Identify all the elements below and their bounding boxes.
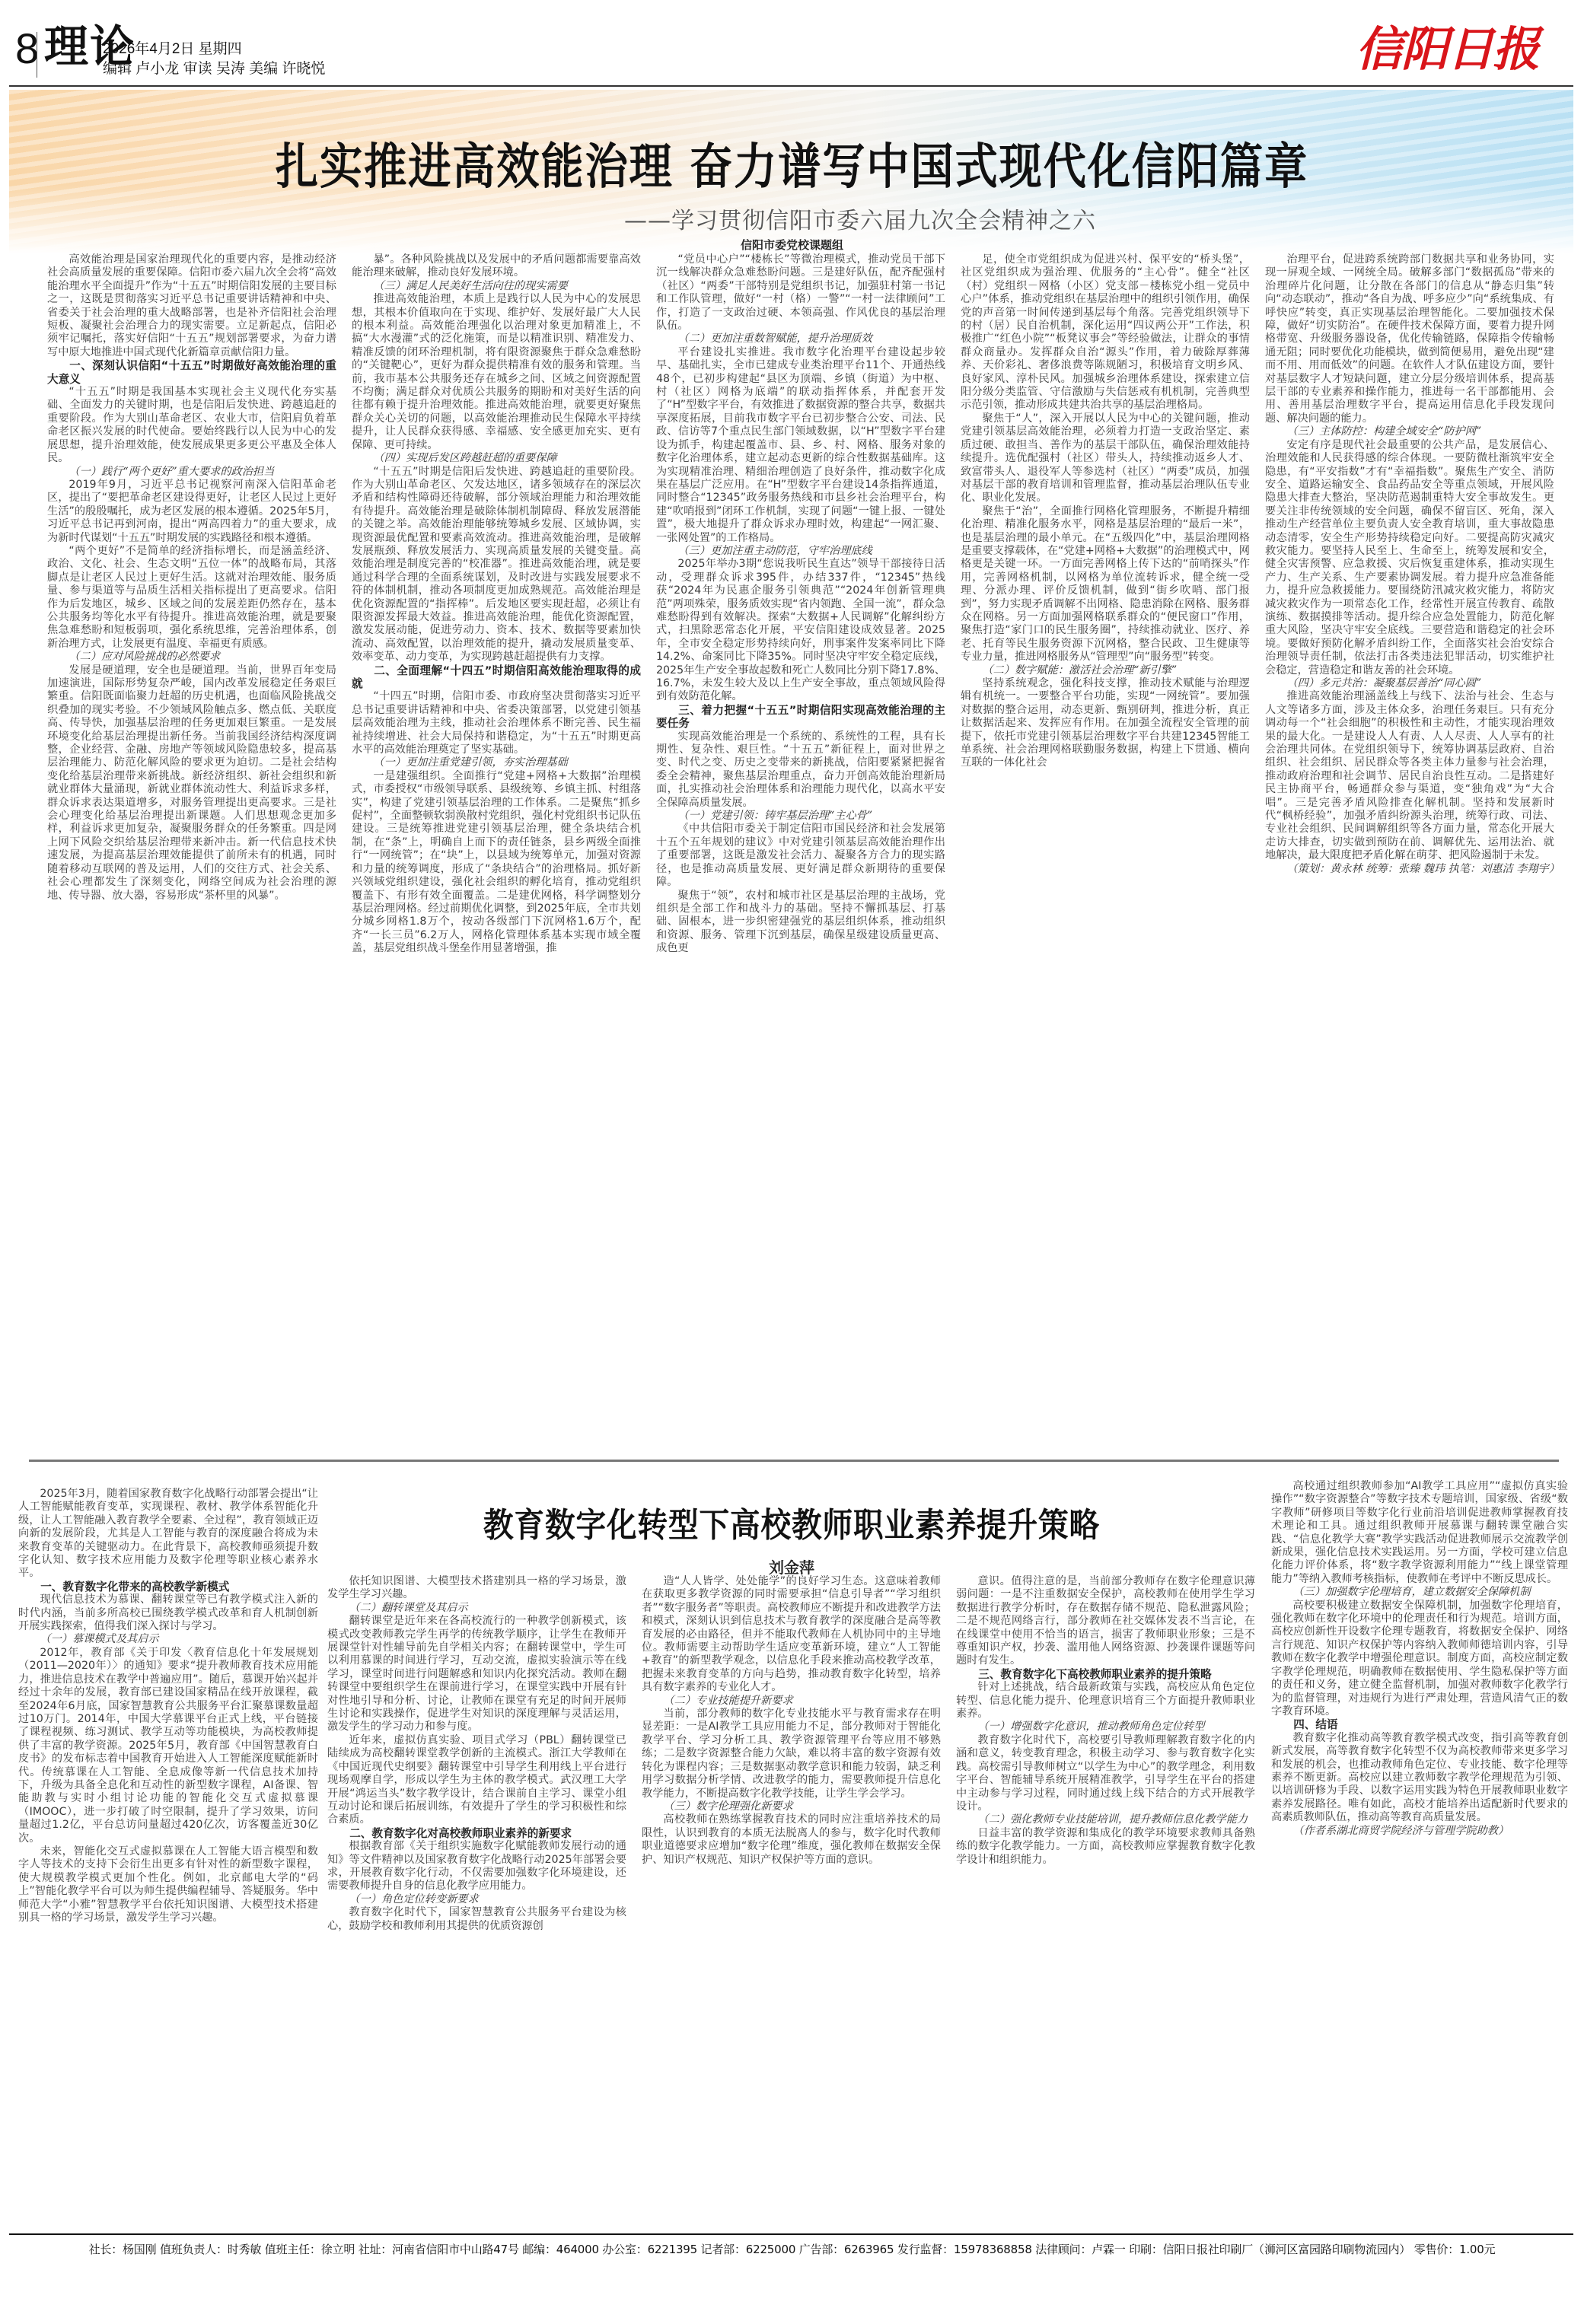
subsection-heading: （三）更加注重主动防范，守牢治理底线 (656, 545, 945, 558)
page-number: 8 (15, 27, 39, 70)
subsection-heading: （二）翻转课堂及其启示 (327, 1602, 626, 1615)
masthead-rule (9, 85, 1573, 87)
masthead-divider (37, 32, 37, 78)
paragraph: 造“人人皆学、处处能学”的良好学习生态。这意味着教师在获取更多教学资源的同时需要… (642, 1575, 941, 1695)
paragraph: 足，使全市党组织成为促进兴村、保平安的“桥头堡”，社区党组织成为强治理、优服务的… (961, 253, 1250, 412)
paragraph: 高校要积极建立数据安全保障机制，加强数字伦理培育，强化教师在数字化环境中的伦理责… (1271, 1600, 1568, 1719)
paragraph: 2025年3月，随着国家教育数字化战略行动部署会提出“让人工智能赋能教育变革，实… (18, 1488, 318, 1581)
paragraph: 2025年举办3期“您说我听民生直达”领导干部接待日活动，受理群众诉求395件，… (656, 558, 945, 703)
paragraph: 根据教育部《关于组织实施数字化赋能教师发展行动的通知》等文件精神以及国家教育数字… (327, 1840, 626, 1893)
paragraph: 《中共信阳市委关于制定信阳市国民经济和社会发展第十五个五年规划的建议》中对党建引… (656, 823, 945, 889)
paragraph: 教育数字化推动高等教育教学模式改变，指引高等教育创新式发展，高等教育数字化转型不… (1271, 1732, 1568, 1825)
paragraph: 聚焦于“人”，深入开展以人民为中心的关键问题，推动党建引领基层高效能治理，必须着… (961, 412, 1250, 505)
section-heading: 四、结语 (1271, 1718, 1568, 1731)
issue-date: 2026年4月2日 星期四 (103, 40, 325, 59)
paragraph: 坚持系统观念，强化科技支撑，推动技术赋能与治理逻辑有机统一。一要整合平台功能，实… (961, 677, 1250, 770)
paragraph: 教育数字化时代下，高校要引导教师理解教育数字化的内涵和意义，转变教育理念，积极主… (956, 1734, 1255, 1813)
paragraph: 高校教师在熟练掌握教育技术的同时应注重培养技术的局限性，认识到教育的本质无法脱离… (642, 1813, 941, 1867)
subsection-heading: （一）慕课模式及其启示 (18, 1633, 318, 1646)
section-heading: 一、教育数字化带来的高校教学新模式 (18, 1581, 318, 1593)
subsection-heading: （四）实现后发区跨越赶超的重要保障 (352, 452, 641, 465)
article-credit: （作者系湖北商贸学院经济与管理学院助教） (1271, 1825, 1568, 1838)
article2-mid-body: 依托知识图谱、大模型技术搭建别具一格的学习场景，激发学生学习兴趣。（二）翻转课堂… (320, 1575, 1264, 2214)
article-credit: （策划：黄永林 统筹：张臻 魏玮 执笔：刘惠洁 李翔宇） (1265, 863, 1554, 876)
paragraph: 高校通过组织教师参加“AI教学工具应用”“虚拟仿真实验操作”“数字资源整合”等数… (1271, 1480, 1568, 1586)
article2-column: 意识。值得注意的是，当前部分教师存在数字伦理意识薄弱问题：一是不注重数据安全保护… (948, 1575, 1263, 2214)
article1-column: “党员中心户”“楼栋长”等微治理模式，推动党员干部下沉一线解决群众急难愁盼问题。… (649, 253, 953, 1418)
paragraph: 教育数字化时代下，国家智慧教育公共服务平台建设为核心，鼓励学校和教师利用其提供的… (327, 1906, 626, 1933)
section-heading: 二、教育数字化对高校教师职业素养的新要求 (327, 1827, 626, 1840)
paragraph: “党员中心户”“楼栋长”等微治理模式，推动党员干部下沉一线解决群众急难愁盼问题。… (656, 253, 945, 333)
subsection-heading: （二）应对风险挑战的必然要求 (47, 651, 336, 664)
issue-meta: 2026年4月2日 星期四 编辑 卢小龙 审读 吴涛 美编 许晓悦 (103, 40, 325, 79)
article1-body: 高效能治理是国家治理现代化的重要内容，是推动经济社会高质量发展的重要保障。信阳市… (40, 253, 1562, 1418)
paragraph: 2012年，教育部《关于印发〈教育信息化十年发展规划（2011—2020年）〉的… (18, 1647, 318, 1845)
paragraph: 推进高效能治理涵盖线上与线下、法治与社会、生态与人文等诸多方面，涉及主体众多，治… (1265, 690, 1554, 862)
article2-right-body: 高校通过组织教师参加“AI教学工具应用”“虚拟仿真实验操作”“数字资源整合”等数… (1264, 1480, 1576, 2214)
masthead: 8 理论 2026年4月2日 星期四 编辑 卢小龙 审读 吴涛 美编 许晓悦 信… (0, 0, 1584, 87)
article2-column: 高校通过组织教师参加“AI教学工具应用”“虚拟仿真实验操作”“数字资源整合”等数… (1264, 1480, 1576, 2214)
paragraph: 发展是硬道理，安全也是硬道理。当前，世界百年变局加速演进，国际形势复杂严峻，国内… (47, 664, 336, 903)
subsection-heading: （二）更加注重数智赋能，提升治理质效 (656, 333, 945, 345)
section-heading: 一、深刻认识信阳“十五五”时期做好高效能治理的重大意义 (47, 359, 336, 386)
paragraph: 日益丰富的教学资源和集成化的教学环境要求教师具备熟练的数字化教学能力。一方面，高… (956, 1827, 1255, 1867)
paragraph: “十五五”时期是我国基本实现社会主义现代化夯实基础、全面发力的关键时期，也是信阳… (47, 386, 336, 465)
paragraph: 未来，智能化交互式虚拟慕课在人工智能大语言模型和数字人等技术的支持下会衍生出更多… (18, 1845, 318, 1924)
article1-column: 高效能治理是国家治理现代化的重要内容，是推动经济社会高质量发展的重要保障。信阳市… (40, 253, 344, 1418)
subsection-heading: （三）数字伦理强化新要求 (642, 1800, 941, 1813)
subsection-heading: （一）党建引领：铸牢基层治理“主心骨” (656, 810, 945, 823)
subsection-heading: （二）强化教师专业技能培训，提升教师信息化教学能力 (956, 1813, 1255, 1826)
paragraph: 聚焦于“领”，农村和城市社区是基层治理的主战场，党组织是全部工作和战斗力的基础。… (656, 890, 945, 956)
section-heading: 三、教育数字化下高校教师职业素养的提升策略 (956, 1668, 1255, 1681)
article2-column: 造“人人皆学、处处能学”的良好学习生态。这意味着教师在获取更多教学资源的同时需要… (634, 1575, 948, 2214)
paragraph: 当前，部分教师的数字化专业技能水平与教育需求存在明显差距：一是AI教学工具应用能… (642, 1708, 941, 1800)
subsection-heading: （二）数字赋能：激活社会治理“新引擎” (961, 664, 1250, 677)
paragraph: 针对上述挑战，结合最新政策与实践，高校应从角色定位转型、信息化能力提升、伦理意识… (956, 1681, 1255, 1721)
paragraph: “十四五”时期，信阳市委、市政府坚决贯彻落实习近平总书记重要讲话精神和中央、省委… (352, 690, 641, 756)
paragraph: 聚焦于“治”，全面推行网格化管理服务，不断提升精细化治理、精准化服务水平，网格是… (961, 505, 1250, 664)
imprint-footer: 社长：杨国刚 值班负责人：时秀敏 值班主任：徐立明 社址：河南省信阳市中山路47… (0, 2241, 1584, 2257)
article1-column: 暴”。各种风险挑战以及发展中的矛盾问题都需要靠高效能治理来破解，推动良好发展环境… (344, 253, 649, 1418)
article2-column: 依托知识图谱、大模型技术搭建别具一格的学习场景，激发学生学习兴趣。（二）翻转课堂… (320, 1575, 634, 2214)
article1-column: 治理平台，促进跨系统跨部门数据共享和业务协同，实现一屏观全域、一网统全局。破解多… (1257, 253, 1562, 1418)
article1-author: 信阳市委党校课题组 (0, 237, 1584, 253)
paragraph: 2019年9月，习近平总书记视察河南深入信阳革命老区，提出了“要把革命老区建设得… (47, 479, 336, 545)
article2-column: 2025年3月，随着国家教育数字化战略行动部署会提出“让人工智能赋能教育变革，实… (12, 1488, 324, 2214)
subsection-heading: （一）更加注重党建引领，夯实治理基础 (352, 756, 641, 769)
article-divider (29, 1460, 1559, 1462)
paragraph: 翻转课堂是近年来在各高校流行的一种教学创新模式，该模式改变教师教完学生再学的传统… (327, 1615, 626, 1734)
subsection-heading: （一）角色定位转变新要求 (327, 1893, 626, 1906)
section-heading: 三、着力把握“十五五”时期信阳实现高效能治理的主要任务 (656, 704, 945, 731)
subsection-heading: （四）多元共治：凝聚基层善治“同心圆” (1265, 677, 1554, 690)
paragraph: 依托知识图谱、大模型技术搭建别具一格的学习场景，激发学生学习兴趣。 (327, 1575, 626, 1602)
subsection-heading: （三）加强数字伦理培育，建立数据安全保障机制 (1271, 1586, 1568, 1599)
subsection-heading: （三）主体防控：构建全域安全“防护网” (1265, 425, 1554, 438)
subsection-heading: （三）满足人民美好生活向往的现实需要 (352, 280, 641, 293)
article2-author: 刘金萍 (320, 1555, 1264, 1577)
article1-headline: 扎实推进高效能治理 奋力谱写中国式现代化信阳篇章 (95, 128, 1489, 198)
editorial-staff: 编辑 卢小龙 审读 吴涛 美编 许晓悦 (103, 59, 325, 79)
subsection-heading: （二）专业技能提升新要求 (642, 1695, 941, 1708)
paragraph: 意识。值得注意的是，当前部分教师存在数字伦理意识薄弱问题：一是不注重数据安全保护… (956, 1575, 1255, 1668)
article2-left-body: 2025年3月，随着国家教育数字化战略行动部署会提出“让人工智能赋能教育变革，实… (12, 1488, 324, 2214)
paragraph: “两个更好”不是简单的经济指标增长，而是涵盖经济、政治、文化、社会、生态文明“五… (47, 545, 336, 651)
paragraph: 暴”。各种风险挑战以及发展中的矛盾问题都需要靠高效能治理来破解，推动良好发展环境… (352, 253, 641, 280)
footer-rule (9, 2233, 1573, 2235)
section-heading: 二、全面理解“十四五”时期信阳高效能治理取得的成就 (352, 664, 641, 691)
paragraph: 治理平台，促进跨系统跨部门数据共享和业务协同，实现一屏观全域、一网统全局。破解多… (1265, 253, 1554, 425)
paragraph: 安定有序是现代社会最重要的公共产品，是发展信心、治理效能和人民获得感的综合体现。… (1265, 439, 1554, 677)
subsection-heading: （一）践行“两个更好”重大要求的政治担当 (47, 466, 336, 479)
paragraph: 平台建设扎实推进。我市数字化治理平台建设起步较早、基础扎实，全市已建成专业类治理… (656, 346, 945, 545)
paragraph: 实现高效能治理是一个系统的、系统性的工程，具有长期性、复杂性、艰巨性。“十五五”… (656, 731, 945, 810)
article1-subtitle: ——学习贯彻信阳市委六届九次全会精神之六 (624, 202, 1096, 235)
paragraph: “十五五”时期是信阳后发快进、跨越追赶的重要阶段。作为大别山革命老区、欠发达地区… (352, 466, 641, 664)
paragraph: 推进高效能治理，本质上是践行以人民为中心的发展思想，其根本价值取向在于实现、维护… (352, 293, 641, 452)
paragraph: 高效能治理是国家治理现代化的重要内容，是推动经济社会高质量发展的重要保障。信阳市… (47, 253, 336, 359)
newspaper-logo: 信阳日报 (1356, 26, 1538, 73)
paragraph: 现代信息技术为慕课、翻转课堂等已有教学模式注入新的时代内涵，当前多所高校已围绕教… (18, 1593, 318, 1633)
paragraph: 一是建强组织。全面推行“党建+网格+大数据”治理模式，市委授权“市级领导联系、县… (352, 770, 641, 956)
paragraph: 近年来，虚拟仿真实验、项目式学习（PBL）翻转课堂已陆续成为高校翻转课堂教学创新… (327, 1734, 626, 1827)
subsection-heading: （一）增强数字化意识，推动教师角色定位转型 (956, 1721, 1255, 1733)
article2-headline: 教育数字化转型下高校教师职业素养提升策略 (367, 1498, 1216, 1546)
article1-column: 足，使全市党组织成为促进兴村、保平安的“桥头堡”，社区党组织成为强治理、优服务的… (953, 253, 1257, 1418)
